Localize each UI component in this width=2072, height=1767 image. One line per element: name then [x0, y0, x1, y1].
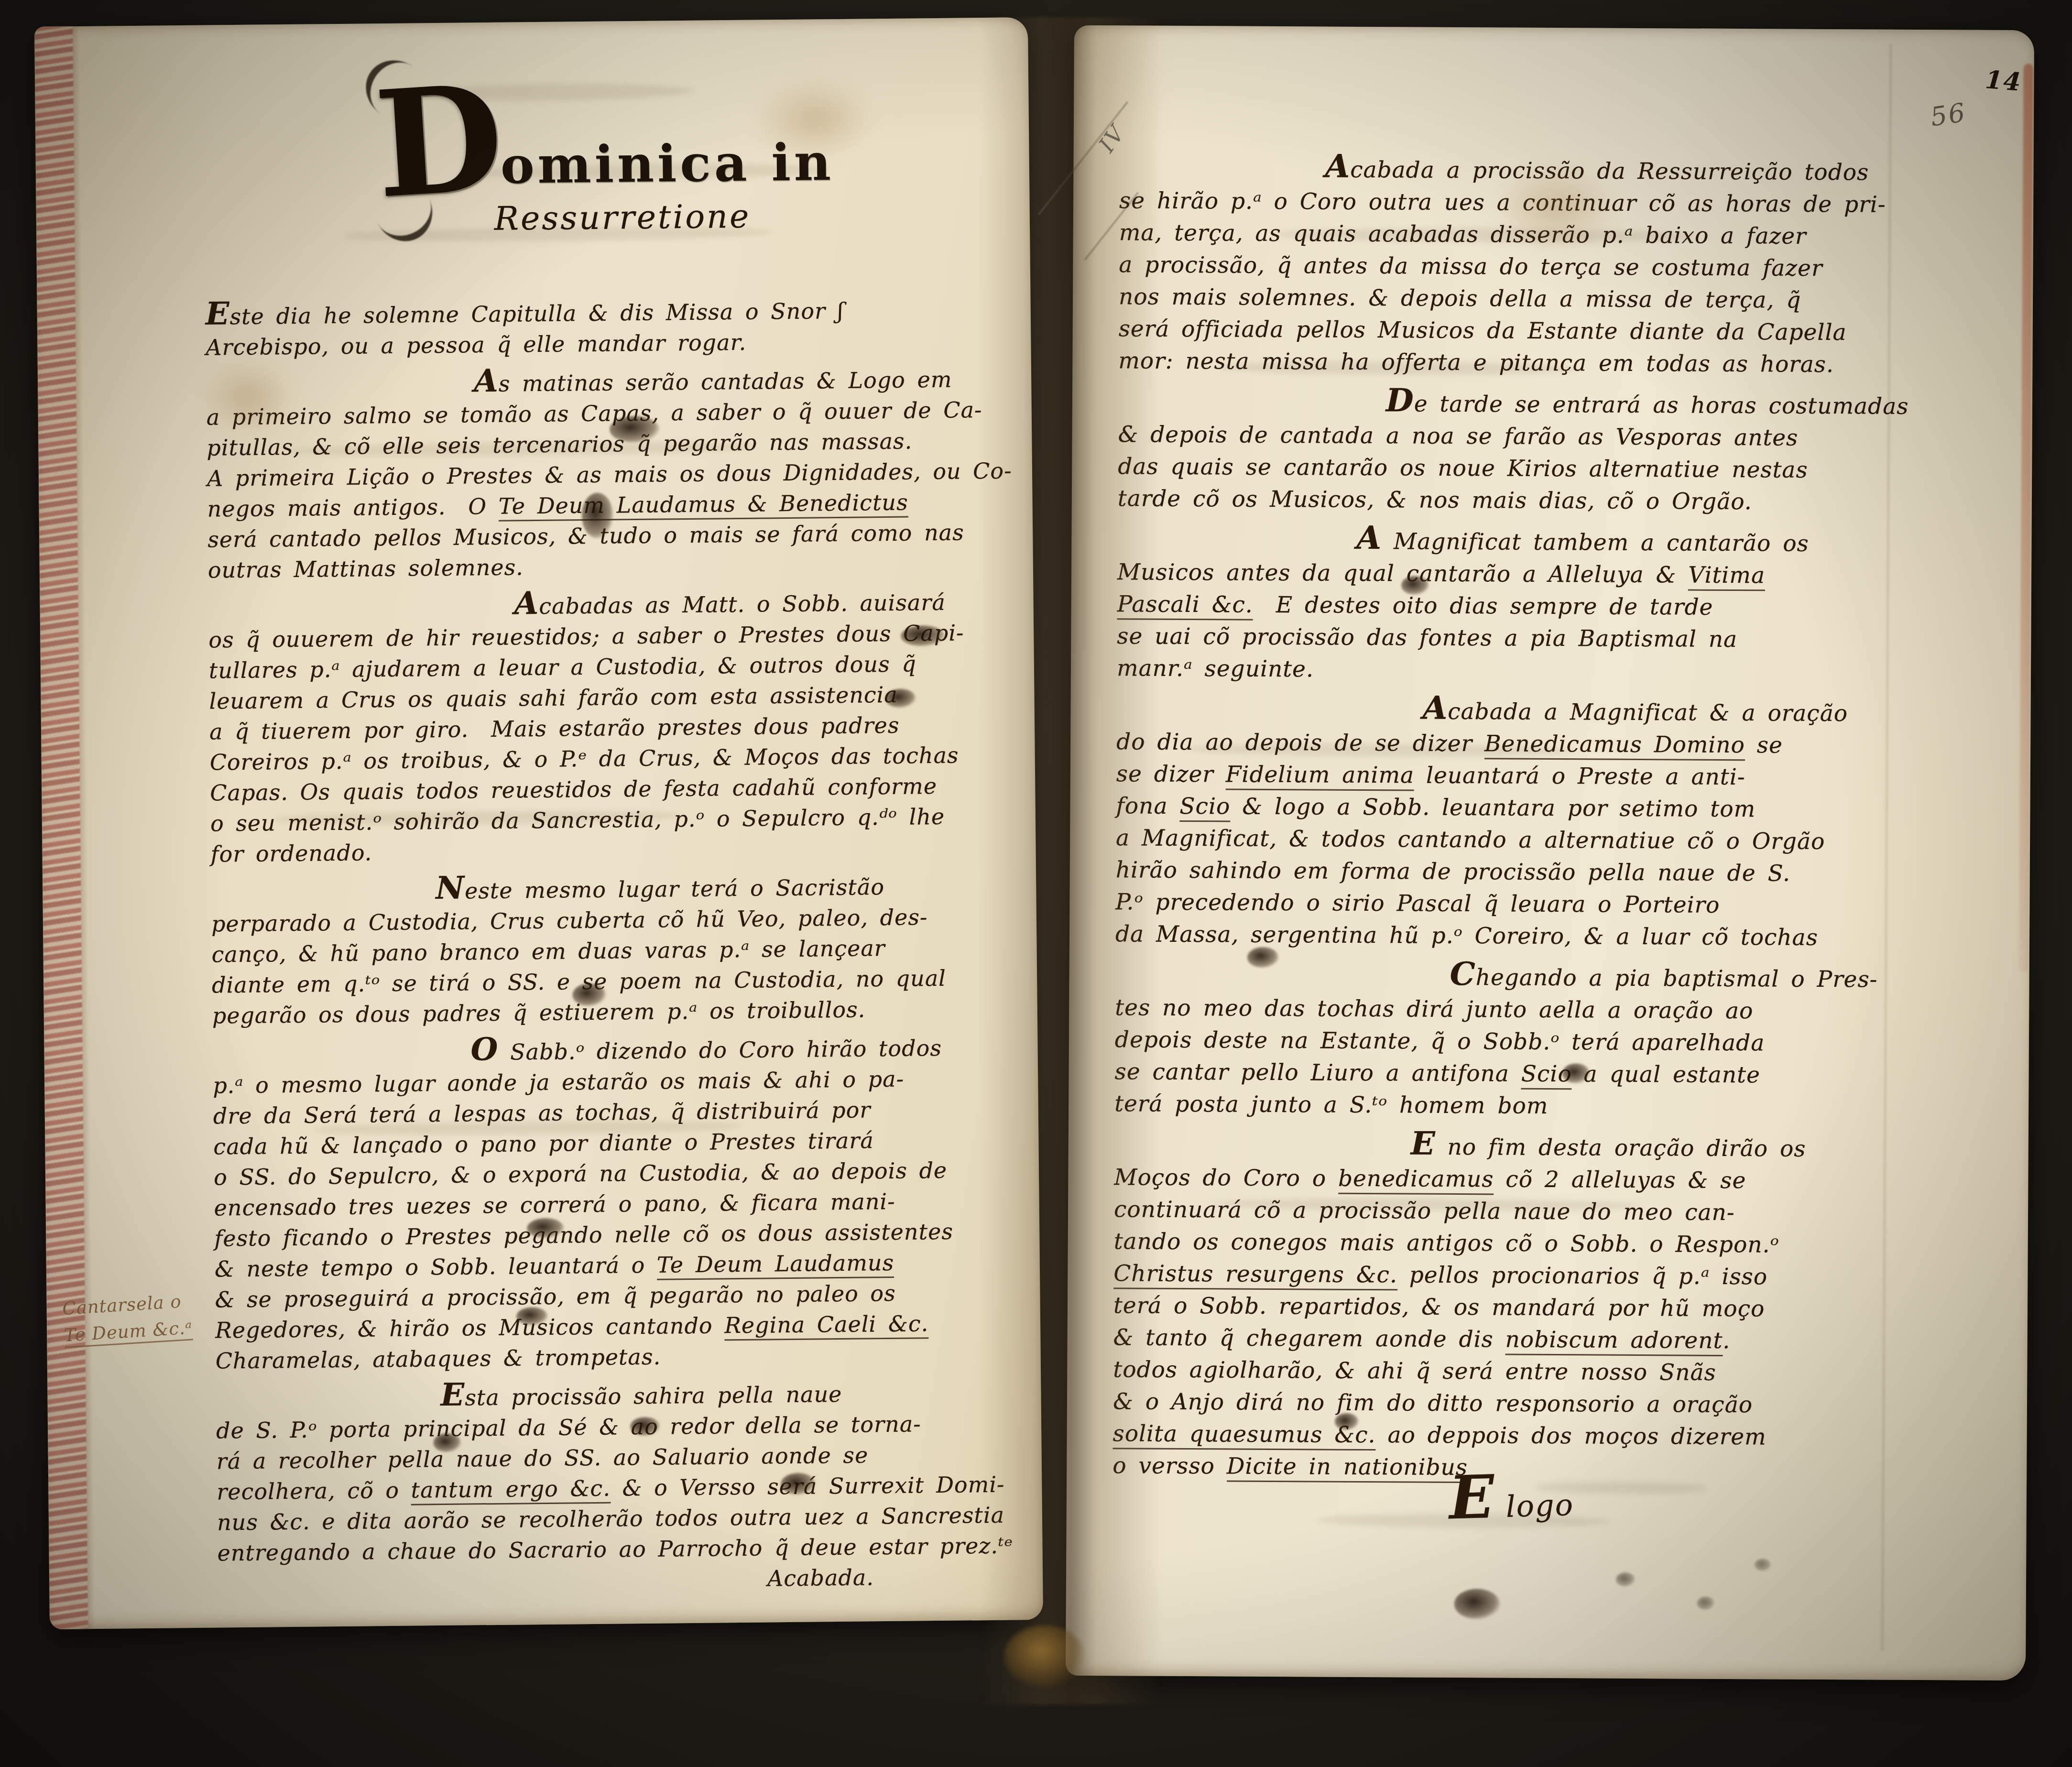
- text-segment: Esta procissão sahira pella naue: [440, 1381, 842, 1411]
- text-segment: .: [1723, 1328, 1730, 1354]
- underlined-phrase: Te Deum Laudamus & Benedictus: [499, 490, 908, 522]
- folio-number: 56: [1929, 97, 1968, 132]
- text-segment: canço, & hũ pano branco em duas varas p.…: [211, 935, 885, 968]
- text-segment: de S. P.ᵒ porta principal da Sé & ao red…: [216, 1411, 921, 1443]
- text-segment: terá posta junto a S.ᵗᵒ homem bom: [1114, 1091, 1548, 1119]
- manuscript-line: depois deste na Estante, q̃ o Sobb.ᵒ ter…: [1115, 1024, 1895, 1060]
- text-segment: As matinas serão cantadas & Logo em: [474, 367, 952, 397]
- text-segment: cõ 2 alleluyas & se: [1494, 1166, 1746, 1194]
- ink-blot: [1697, 1597, 1714, 1610]
- text-segment: & depois de cantada a noa se farão as Ve…: [1118, 421, 1798, 451]
- text-segment: P.ᵒ precedendo o sirio Pascal q̃ leuara …: [1115, 889, 1720, 918]
- text-segment: Este dia he solemne Capitulla & dis Miss…: [206, 298, 844, 330]
- text-segment: mor: nesta missa ha offerta e pitança em…: [1118, 348, 1834, 378]
- text-segment: terá o Sobb. repartidos, & os mandará po…: [1113, 1292, 1765, 1322]
- manuscript-line: Christus resurgens &c. pellos procionari…: [1113, 1257, 1894, 1294]
- ink-blot: [1755, 1559, 1771, 1571]
- text-segment: & neste tempo o Sobb. leuantará o: [215, 1252, 657, 1282]
- right-page-text: Acabada a procissão da Ressurreição todo…: [1112, 143, 1900, 1486]
- text-segment: tando os conegos mais antigos cõ o Sobb.…: [1114, 1228, 1779, 1258]
- underlined-phrase: tantum ergo &c.: [411, 1475, 611, 1505]
- text-segment: Charamelas, atabaques & trompetas.: [216, 1344, 661, 1374]
- text-segment: do dia ao depois de se dizer: [1116, 729, 1484, 757]
- text-segment: nos mais solemnes. & depois della a miss…: [1119, 284, 1801, 313]
- text-segment: nus &c. e dita aorão se recolherão todos…: [217, 1502, 1005, 1536]
- text-segment: tullares p.ᵃ ajudarem a leuar a Custodia…: [209, 651, 916, 683]
- text-segment: encensado tres uezes se correrá o pano, …: [214, 1189, 895, 1221]
- text-segment: Acabadas as Matt. o Sobb. auisará: [514, 589, 946, 620]
- left-page-text: Este dia he solemne Capitulla & dis Miss…: [205, 285, 1031, 1599]
- underlined-phrase: nobiscum adorent: [1505, 1327, 1723, 1356]
- manuscript-line: Musicos antes da qual cantarão a Alleluy…: [1117, 556, 1898, 592]
- pencil-slash: [1038, 101, 1128, 215]
- text-segment: dre da Será terá a lespas as tochas, q̃ …: [213, 1097, 871, 1129]
- manuscript-line: P.ᵒ precedendo o sirio Pascal q̃ leuara …: [1115, 886, 1896, 922]
- marginal-note: Cantarsela o Te Deum &c.ᵃ: [62, 1286, 218, 1349]
- manuscript-line: fona Scio & logo a Sobb. leuantara por s…: [1116, 790, 1896, 826]
- text-segment: Regedores, & hirão os Musicos cantando: [215, 1312, 725, 1343]
- text-segment: for ordenado.: [210, 840, 372, 867]
- text-segment: entregando a chaue do Sacrario ao Parroc…: [217, 1533, 1013, 1566]
- red-page-edge: [2019, 64, 2033, 972]
- text-segment: Chegando a pia baptismal o Pres-: [1450, 964, 1877, 993]
- text-segment: Arcebispo, ou a pessoa q̃ elle mandar ro…: [206, 329, 746, 360]
- paper-stain: [752, 76, 877, 163]
- text-segment: perparado a Custodia, Crus cuberta cõ hũ…: [211, 904, 928, 937]
- manuscript-line: Acabada a Magnificat & a oração: [1116, 690, 1897, 730]
- text-segment: A Magnificat tambem a cantarão os: [1356, 528, 1809, 557]
- text-segment: outras Mattinas solemnes.: [208, 554, 523, 583]
- ink-blot: [1335, 1413, 1359, 1430]
- text-segment: se cantar pello Liuro a antifona: [1114, 1058, 1521, 1087]
- text-segment: & se proseguirá a procissão, em q̃ pegar…: [215, 1280, 896, 1313]
- text-segment: o SS. do Sepulcro, & o exporá na Custodi…: [214, 1157, 948, 1190]
- manuscript-line: Pascali &c. E destes oito dias sempre de…: [1117, 588, 1898, 624]
- left-page: D ominica in Ressurretione Este dia he s…: [34, 17, 1043, 1629]
- manuscript-line: terá o Sobb. repartidos, & os mandará po…: [1113, 1289, 1894, 1326]
- manuscript-line: nos mais solemnes. & depois della a miss…: [1119, 281, 1899, 317]
- text-segment: Coreiros p.ᵃ os troibus, & o P.ᵉ da Crus…: [209, 742, 959, 775]
- text-segment: festo ficando o Prestes pegando nelle cõ…: [214, 1219, 953, 1252]
- text-segment: rá a recolher pella naue do SS. ao Salua…: [217, 1442, 869, 1474]
- decorated-initial: D: [371, 65, 507, 219]
- manuscript-line: hirão sahindo em forma de procissão pell…: [1116, 854, 1896, 890]
- text-segment: manr.ᵃ seguinte.: [1117, 655, 1314, 682]
- text-segment: E no fim desta oração dirão os: [1411, 1134, 1806, 1162]
- manuscript-line: manr.ᵃ seguinte.: [1117, 652, 1897, 688]
- underlined-phrase: Te Deum Laudamus: [657, 1250, 894, 1280]
- manuscript-line: Chegando a pia baptismal o Pres-: [1115, 956, 1895, 996]
- catchword: E logo: [1448, 1460, 1575, 1533]
- text-segment: se uai cõ procissão das fontes a pia Bap…: [1117, 623, 1737, 653]
- text-segment: será officiada pellos Musicos da Estante…: [1119, 316, 1847, 346]
- ink-blot: [1562, 1063, 1590, 1083]
- page-subtitle: Ressurretione: [494, 198, 751, 238]
- text-segment: Neste mesmo lugar terá o Sacristão: [436, 874, 884, 904]
- underlined-phrase: Fidelium anima: [1226, 761, 1415, 791]
- text-segment: pellos procionarios q̃ p.ᵃ isso: [1397, 1262, 1767, 1290]
- text-segment: leuantará o Preste a anti-: [1414, 763, 1745, 791]
- underlined-phrase: benedicamus: [1338, 1166, 1494, 1195]
- manuscript-line: De tarde se entrará as horas costumadas: [1118, 382, 1898, 423]
- text-segment: os q̃ ouuerem de hir reuestidos; a saber…: [208, 620, 964, 653]
- text-segment: a primeiro salmo se tomão as Capas, a sa…: [207, 397, 982, 430]
- manuscript-photograph: D ominica in Ressurretione Este dia he s…: [0, 0, 2072, 1767]
- text-segment: Moços do Coro o: [1114, 1164, 1338, 1191]
- text-segment: ma, terça, as quais acabadas disserão p.…: [1119, 219, 1807, 250]
- manuscript-line: E no fim desta oração dirão os: [1114, 1125, 1895, 1166]
- underlined-phrase: Regina Caeli &c.: [724, 1310, 928, 1341]
- spine-binding: [1004, 1625, 1085, 1688]
- text-segment: continuará cõ a procissão pella naue do …: [1114, 1196, 1735, 1226]
- text-segment: todos agiolharão, & ahi q̃ será entre no…: [1113, 1356, 1716, 1386]
- paper-stain: [1494, 161, 1619, 252]
- text-segment: a Magnificat, & todos cantando a alterna…: [1116, 825, 1825, 855]
- manuscript-line: & o Anjo dirá no fim do ditto responsori…: [1113, 1385, 1893, 1422]
- underlined-phrase: Dicite in nationibus: [1227, 1453, 1468, 1483]
- underlined-phrase: Vitima: [1688, 562, 1765, 591]
- manuscript-line: tando os conegos mais antigos cõ o Sobb.…: [1114, 1225, 1894, 1262]
- text-segment: da Massa, sergentina hũ p.ᵒ Coreiro, & a…: [1115, 921, 1818, 951]
- text-segment: a qual estante: [1572, 1061, 1760, 1088]
- underlined-phrase: Pascali &c.: [1117, 591, 1253, 620]
- manuscript-line: das quais se cantarão os noue Kirios alt…: [1118, 450, 1898, 487]
- text-segment: & o Anjo dirá no fim do ditto responsori…: [1113, 1388, 1753, 1418]
- manuscript-line: será officiada pellos Musicos da Estante…: [1119, 313, 1899, 349]
- text-segment: a procissão, q̃ antes da missa do terça …: [1119, 251, 1822, 282]
- manuscript-line: todos agiolharão, & ahi q̃ será entre no…: [1113, 1353, 1893, 1390]
- manuscript-line: do dia ao depois de se dizer Benedicamus…: [1116, 726, 1897, 762]
- text-segment: p.ᵃ o mesmo lugar aonde ja estarão os ma…: [213, 1066, 904, 1099]
- text-segment: recolhera, cõ o: [217, 1477, 411, 1505]
- text-segment: pitullas, & cõ elle seis tercenarios q̃ …: [207, 428, 912, 460]
- manuscript-line: tarde cõ os Musicos, & nos mais dias, cõ…: [1118, 482, 1898, 519]
- underlined-phrase: Scio: [1179, 793, 1230, 822]
- ink-blot: [581, 492, 613, 539]
- underlined-phrase: Benedicamus Domino: [1484, 731, 1745, 761]
- text-segment: E destes oito dias sempre de tarde: [1253, 592, 1713, 621]
- ink-blot: [1454, 1589, 1500, 1620]
- manuscript-line: continuará cõ a procissão pella naue do …: [1114, 1193, 1894, 1230]
- manuscript-line: se dizer Fidelium anima leuantará o Pres…: [1116, 758, 1897, 794]
- text-segment: & tanto q̃ chegarem aonde dis: [1113, 1324, 1505, 1353]
- ink-blot: [1616, 1572, 1635, 1587]
- text-segment: ao deppois dos moços dizerem: [1375, 1422, 1766, 1450]
- text-segment: fona: [1116, 793, 1179, 819]
- text-segment: Acabada.: [767, 1564, 874, 1591]
- manuscript-line: se cantar pello Liuro a antifona Scio a …: [1114, 1056, 1895, 1092]
- text-segment: hirão sahindo em forma de procissão pell…: [1116, 857, 1790, 886]
- text-segment: depois deste na Estante, q̃ o Sobb.ᵒ ter…: [1115, 1026, 1765, 1056]
- corner-ink-mark: 14: [1984, 65, 2023, 97]
- manuscript-line: da Massa, sergentina hũ p.ᵒ Coreiro, & a…: [1115, 918, 1896, 954]
- manuscript-line: Moços do Coro o benedicamus cõ 2 alleluy…: [1114, 1161, 1894, 1198]
- manuscript-line: & depois de cantada a noa se farão as Ve…: [1118, 418, 1898, 455]
- text-segment: tes no meo das tochas dirá junto aella a…: [1115, 994, 1753, 1024]
- text-segment: pegarão os dous padres q̃ estiuerem p.ᵃ …: [212, 996, 866, 1028]
- text-segment: tarde cõ os Musicos, & nos mais dias, cõ…: [1118, 485, 1752, 515]
- manuscript-line: & tanto q̃ chegarem aonde dis nobiscum a…: [1113, 1321, 1894, 1358]
- text-segment: Capas. Os quais todos reuestidos de fest…: [210, 773, 937, 806]
- manuscript-line: tes no meo das tochas dirá junto aella a…: [1115, 992, 1895, 1028]
- text-segment: negos mais antigos. O: [207, 493, 499, 522]
- text-segment: a q̃ tiuerem por giro. Mais estarão pres…: [209, 712, 900, 745]
- text-segment: o versso: [1112, 1452, 1227, 1479]
- manuscript-line: solita quaesumus &c. ao deppois dos moço…: [1112, 1418, 1893, 1454]
- manuscript-line: a Magnificat, & todos cantando a alterna…: [1116, 822, 1896, 858]
- sprinkled-fore-edge: [34, 26, 88, 1629]
- manuscript-line: a procissão, q̃ antes da missa do terça …: [1119, 249, 1899, 285]
- text-segment: A primeira Lição o Prestes & as mais os …: [207, 458, 1012, 491]
- manuscript-line: terá posta junto a S.ᵗᵒ homem bom: [1114, 1088, 1895, 1124]
- text-segment: o seu menist.ᵒ sohirão da Sancrestia, p.…: [210, 804, 945, 837]
- text-segment: leuarem a Crus os quais sahi farão com e…: [209, 682, 898, 714]
- ink-blot: [1247, 947, 1279, 968]
- text-segment: cada hũ & lançado o pano por diante o Pr…: [213, 1127, 874, 1159]
- text-segment: Acabada a Magnificat & a oração: [1422, 698, 1848, 727]
- underlined-phrase: Christus resurgens &c.: [1113, 1260, 1397, 1290]
- right-page: IV 56 14 Acabada a procissão da Ressurre…: [1066, 25, 2034, 1680]
- manuscript-line: A Magnificat tambem a cantarão os: [1117, 520, 1898, 560]
- ink-blot: [1401, 576, 1429, 595]
- text-segment: O Sabb.ᵒ dizendo do Coro hirão todos: [470, 1035, 942, 1065]
- text-segment: & logo a Sobb. leuantara por setimo tom: [1230, 793, 1756, 822]
- text-segment: das quais se cantarão os noue Kirios alt…: [1118, 453, 1808, 483]
- text-segment: De tarde se entrará as horas costumadas: [1386, 391, 1909, 420]
- manuscript-line: mor: nesta missa ha offerta e pitança em…: [1118, 345, 1898, 381]
- text-segment: se dizer: [1116, 761, 1226, 787]
- manuscript-line: se uai cõ procissão das fontes a pia Bap…: [1117, 620, 1897, 656]
- text-segment: se: [1745, 732, 1783, 758]
